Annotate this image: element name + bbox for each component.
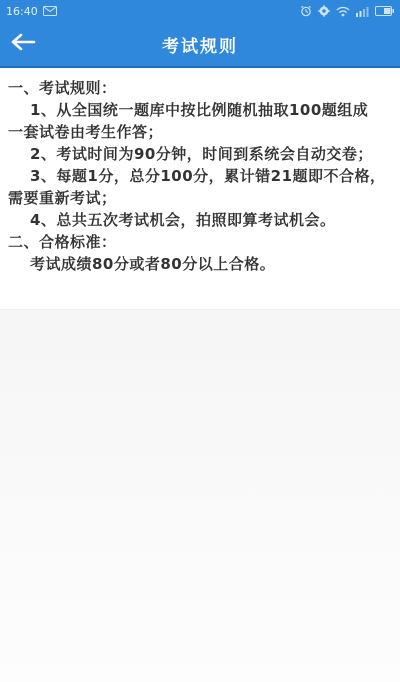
empty-background-area	[0, 309, 400, 682]
rule-line: 2、考试时间为90分钟，时间到系统会自动交卷；	[8, 143, 392, 165]
back-arrow-icon	[10, 33, 36, 55]
rule-line: 4、总共五次考试机会，拍照即算考试机会。	[8, 209, 392, 231]
battery-icon	[375, 6, 394, 16]
rule-line: 1、从全国统一题库中按比例随机抽取100题组成	[8, 99, 392, 121]
status-time: 16:40	[6, 5, 38, 18]
signal-icon	[356, 6, 369, 17]
nav-bar: 考试规则	[0, 22, 400, 68]
wifi-icon	[336, 6, 350, 17]
status-bar: 16:40	[0, 0, 400, 22]
rule-line: 3、每题1分，总分100分，累计错21题即不合格，	[8, 165, 392, 187]
alarm-icon	[300, 5, 312, 17]
app-screen: 16:40	[0, 0, 400, 682]
gear-icon	[318, 5, 330, 17]
rule-line: 考试成绩80分或者80分以上合格。	[8, 253, 392, 275]
status-bar-left: 16:40	[6, 5, 57, 18]
page-title: 考试规则	[0, 32, 400, 57]
message-icon	[43, 6, 57, 16]
rule-line: 一、考试规则：	[8, 77, 392, 99]
exam-rules-content: 一、考试规则： 1、从全国统一题库中按比例随机抽取100题组成 一套试卷由考生作…	[0, 68, 400, 309]
rule-line: 二、合格标准：	[8, 231, 392, 253]
back-button[interactable]	[10, 22, 54, 66]
status-bar-right	[300, 5, 394, 17]
rule-line: 一套试卷由考生作答；	[8, 121, 392, 143]
rule-line: 需要重新考试；	[8, 187, 392, 209]
